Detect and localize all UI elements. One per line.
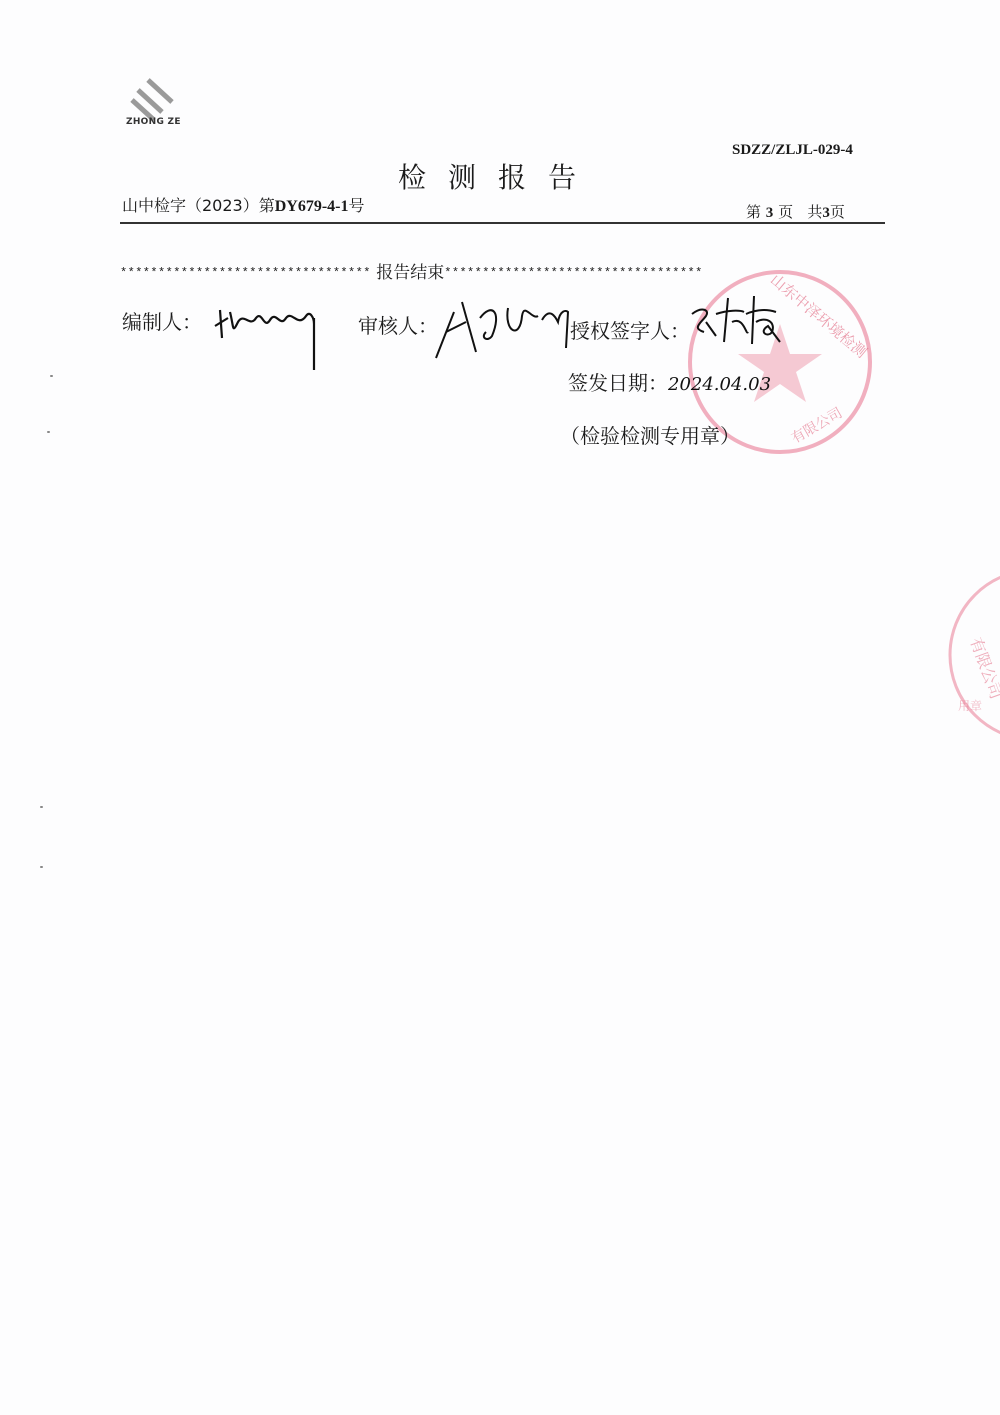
side-seal-icon: 有限公司 用章 bbox=[940, 560, 1000, 750]
page-indicator: 第 3 页 共3页 bbox=[746, 201, 845, 222]
compiler-row: 编制人： bbox=[122, 306, 202, 335]
page-label: 页 bbox=[778, 203, 793, 221]
scan-speck bbox=[47, 431, 50, 433]
report-serial: 山中检字（2023）第DY679-4-1号 bbox=[122, 193, 365, 216]
scan-speck bbox=[40, 866, 43, 868]
svg-text:有限公司: 有限公司 bbox=[966, 635, 1000, 702]
reviewer-signature-icon bbox=[432, 292, 572, 362]
reviewer-row: 审核人： bbox=[358, 310, 438, 339]
issue-date-row: 签发日期：2024.04.03 bbox=[568, 367, 771, 396]
compiler-label: 编制人： bbox=[122, 310, 202, 334]
header-divider bbox=[120, 222, 885, 224]
report-end-text: 报告结束 bbox=[376, 263, 444, 283]
page-title: 检测报告 bbox=[398, 156, 598, 196]
authorizer-label: 授权签字人： bbox=[570, 319, 690, 343]
serial-suffix: 号 bbox=[349, 196, 365, 215]
page-total: 3 bbox=[822, 205, 830, 221]
issue-date-handwritten: 2024.04.03 bbox=[668, 374, 771, 395]
total-prefix: 共 bbox=[807, 203, 822, 221]
seal-note: （检验检测专用章） bbox=[560, 420, 740, 449]
scan-speck bbox=[50, 375, 53, 377]
stars-left: ********************************* bbox=[120, 266, 371, 280]
stars-right: ********************************** bbox=[444, 266, 702, 280]
compiler-signature-icon bbox=[210, 298, 330, 378]
issue-date-label: 签发日期： bbox=[568, 371, 668, 395]
page-current: 3 bbox=[766, 205, 774, 221]
svg-text:有限公司: 有限公司 bbox=[789, 405, 845, 447]
page-prefix: 第 bbox=[746, 203, 761, 221]
serial-number: DY679-4-1 bbox=[275, 198, 349, 215]
document-code: SDZZ/ZLJL-029-4 bbox=[732, 142, 853, 159]
scan-speck bbox=[40, 806, 43, 808]
reviewer-label: 审核人： bbox=[358, 314, 438, 338]
total-suffix: 页 bbox=[830, 203, 845, 221]
authorizer-row: 授权签字人： bbox=[570, 315, 690, 344]
authorizer-signature-icon bbox=[688, 292, 788, 352]
serial-prefix: 山中检字（2023）第 bbox=[122, 196, 275, 215]
logo-text: ZHONG ZE bbox=[126, 117, 181, 127]
svg-text:用章: 用章 bbox=[958, 698, 982, 713]
